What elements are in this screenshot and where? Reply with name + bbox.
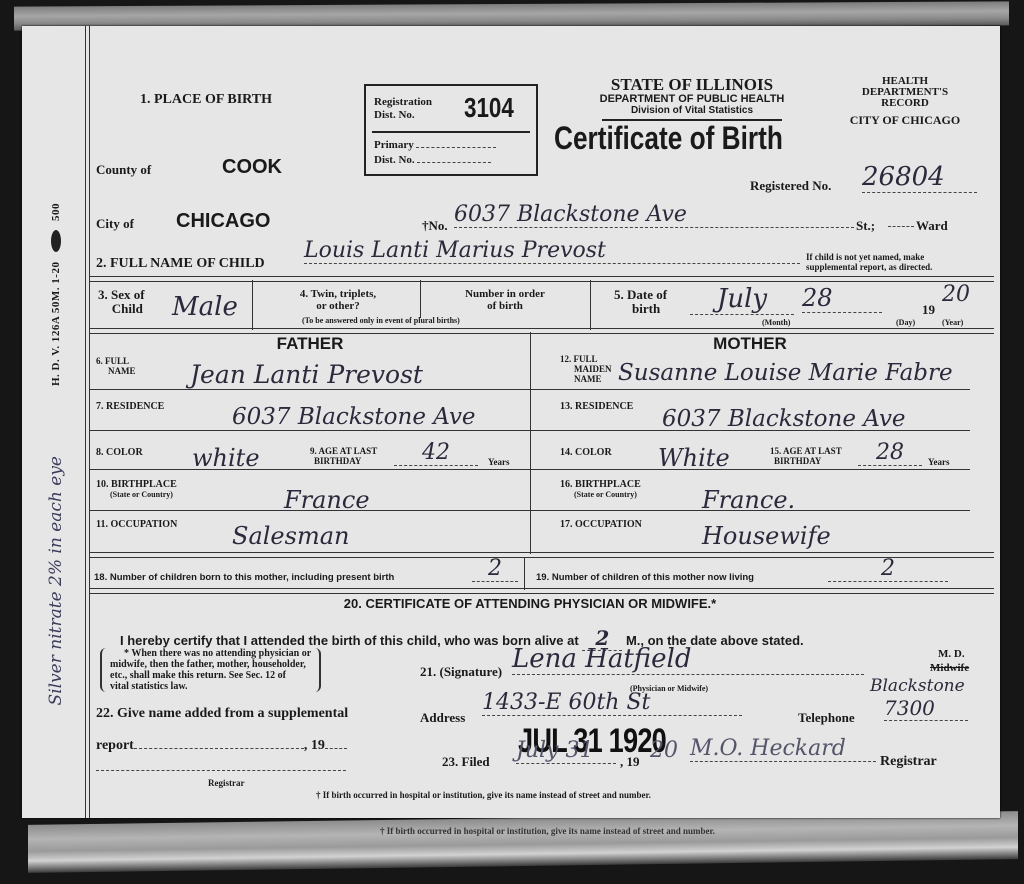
birth-certificate: H. D. V. 126A 50M. 1-20 500 Silver nitra… bbox=[22, 26, 1000, 818]
children-born-label: 18. Number of children born to this moth… bbox=[94, 572, 394, 583]
father-occupation-field: Salesman bbox=[232, 522, 349, 550]
registered-no-field: 26804 bbox=[862, 162, 977, 193]
father-name-label: 6. FULL NAME bbox=[96, 356, 136, 376]
registration-dist-label: Registration Dist. No. bbox=[374, 96, 432, 122]
form-code: H. D. V. 126A 50M. 1-20 500 bbox=[50, 106, 62, 386]
union-bug-icon bbox=[51, 230, 61, 252]
md-label: M. D. bbox=[938, 648, 965, 660]
midwife-label: Midwife bbox=[930, 662, 969, 674]
primary-dist-label: Primary Dist. No. bbox=[374, 138, 496, 168]
registered-no-label: Registered No. bbox=[750, 178, 831, 194]
mother-color-label: 14. COLOR bbox=[560, 448, 612, 458]
mother-heading: MOTHER bbox=[530, 334, 970, 354]
child-name-label: 2. FULL NAME OF CHILD bbox=[96, 256, 265, 272]
filed-label: 23. Filed bbox=[442, 754, 490, 770]
physician-address-field: 1433-E 60th St bbox=[482, 690, 742, 716]
margin-rule bbox=[85, 26, 86, 818]
supplemental-report-line: report, 19 bbox=[96, 738, 347, 754]
registrar-signature-field: M.O. Heckard bbox=[690, 736, 876, 762]
registration-district-box: Registration Dist. No. 3104 Primary Dist… bbox=[364, 84, 538, 176]
plural-births-note: (To be answered only in event of plural … bbox=[302, 316, 460, 325]
street-no-label: †No. bbox=[422, 218, 448, 234]
attending-footnote: * When there was no attending physician … bbox=[100, 648, 321, 692]
registrar-label: Registrar bbox=[880, 754, 937, 770]
physician-certificate-heading: 20. CERTIFICATE OF ATTENDING PHYSICIAN O… bbox=[90, 596, 970, 611]
city-label: City of bbox=[96, 216, 134, 232]
registration-dist-number: 3104 bbox=[464, 92, 514, 124]
underlying-certificates-bottom bbox=[28, 811, 1018, 873]
signature-label: 21. (Signature) bbox=[420, 664, 502, 680]
ward-label: Ward bbox=[916, 218, 948, 234]
health-department-record: HEALTH DEPARTMENT'S RECORD CITY OF CHICA… bbox=[840, 76, 970, 126]
certificate-title: Certificate of Birth bbox=[554, 120, 783, 157]
twin-label: 4. Twin, triplets, or other? bbox=[258, 288, 418, 312]
father-heading: FATHER bbox=[90, 334, 530, 354]
city-value: CHICAGO bbox=[176, 210, 270, 233]
physician-signature-field: Lena Hatfield bbox=[512, 644, 864, 675]
telephone-exchange: Blackstone bbox=[870, 676, 965, 696]
child-name-field: Louis Lanti Marius Prevost bbox=[304, 238, 800, 264]
supplemental-registrar-line bbox=[96, 770, 346, 771]
margin-rule bbox=[89, 26, 90, 818]
father-age-field: 42 bbox=[394, 440, 478, 466]
sex-label: 3. Sex of Child bbox=[98, 288, 145, 316]
birth-month-field: July bbox=[690, 284, 794, 315]
county-label: County of bbox=[96, 162, 151, 178]
children-living-field: 2 bbox=[828, 556, 948, 582]
telephone-label: Telephone bbox=[798, 710, 855, 726]
mother-age-field: 28 bbox=[858, 440, 922, 466]
mother-birthplace-label: 16. BIRTHPLACE (State or Country) bbox=[560, 480, 641, 500]
father-residence-field: 6037 Blackstone Ave bbox=[232, 404, 476, 430]
county-value: COOK bbox=[222, 156, 282, 179]
children-born-field: 2 bbox=[472, 556, 518, 582]
children-living-label: 19. Number of children of this mother no… bbox=[536, 572, 754, 583]
mother-name-field: Susanne Louise Marie Fabre bbox=[618, 360, 953, 386]
footer-note: † If birth occurred in hospital or insti… bbox=[316, 790, 651, 800]
birth-order-label: Number in order of birth bbox=[422, 288, 588, 312]
father-color-field: white bbox=[192, 444, 260, 472]
mother-color-field: White bbox=[658, 444, 730, 472]
address-label: Address bbox=[420, 710, 465, 726]
father-color-label: 8. COLOR bbox=[96, 448, 143, 458]
birth-day-field: 28 bbox=[802, 284, 882, 313]
street-address-field: 6037 Blackstone Ave bbox=[454, 202, 854, 228]
margin-handwritten-note: Silver nitrate 2% in each eye bbox=[46, 456, 66, 705]
date-of-birth-label: 5. Date of birth bbox=[614, 288, 667, 316]
divider bbox=[372, 131, 530, 133]
issuing-authority: STATE OF ILLINOIS DEPARTMENT OF PUBLIC H… bbox=[542, 76, 842, 121]
name-note: If child is not yet named, make suppleme… bbox=[806, 252, 932, 272]
mother-name-label: 12. FULL MAIDEN NAME bbox=[560, 354, 612, 384]
underlying-footer-note: † If birth occurred in hospital or insti… bbox=[380, 826, 715, 836]
place-of-birth-label: 1. PLACE OF BIRTH bbox=[140, 92, 272, 108]
filed-year-field: 20 bbox=[650, 738, 678, 763]
birth-year-field: 20 bbox=[942, 282, 970, 307]
mother-occupation-label: 17. OCCUPATION bbox=[560, 520, 642, 530]
st-label: St.; bbox=[856, 218, 875, 234]
mother-residence-label: 13. RESIDENCE bbox=[560, 402, 633, 412]
father-age-label: 9. AGE AT LAST BIRTHDAY bbox=[310, 446, 377, 466]
father-residence-label: 7. RESIDENCE bbox=[96, 402, 164, 412]
mother-occupation-field: Housewife bbox=[702, 522, 831, 550]
supplemental-label: 22. Give name added from a supplemental bbox=[96, 706, 348, 722]
sex-field: Male bbox=[172, 292, 238, 322]
telephone-field: 7300 bbox=[884, 696, 968, 721]
mother-residence-field: 6037 Blackstone Ave bbox=[662, 406, 906, 432]
father-occupation-label: 11. OCCUPATION bbox=[96, 520, 177, 530]
filed-date-field: July 31 bbox=[516, 738, 616, 764]
father-birthplace-label: 10. BIRTHPLACE (State or Country) bbox=[96, 480, 177, 500]
mother-age-label: 15. AGE AT LAST BIRTHDAY bbox=[770, 446, 842, 466]
father-name-field: Jean Lanti Prevost bbox=[190, 360, 423, 389]
